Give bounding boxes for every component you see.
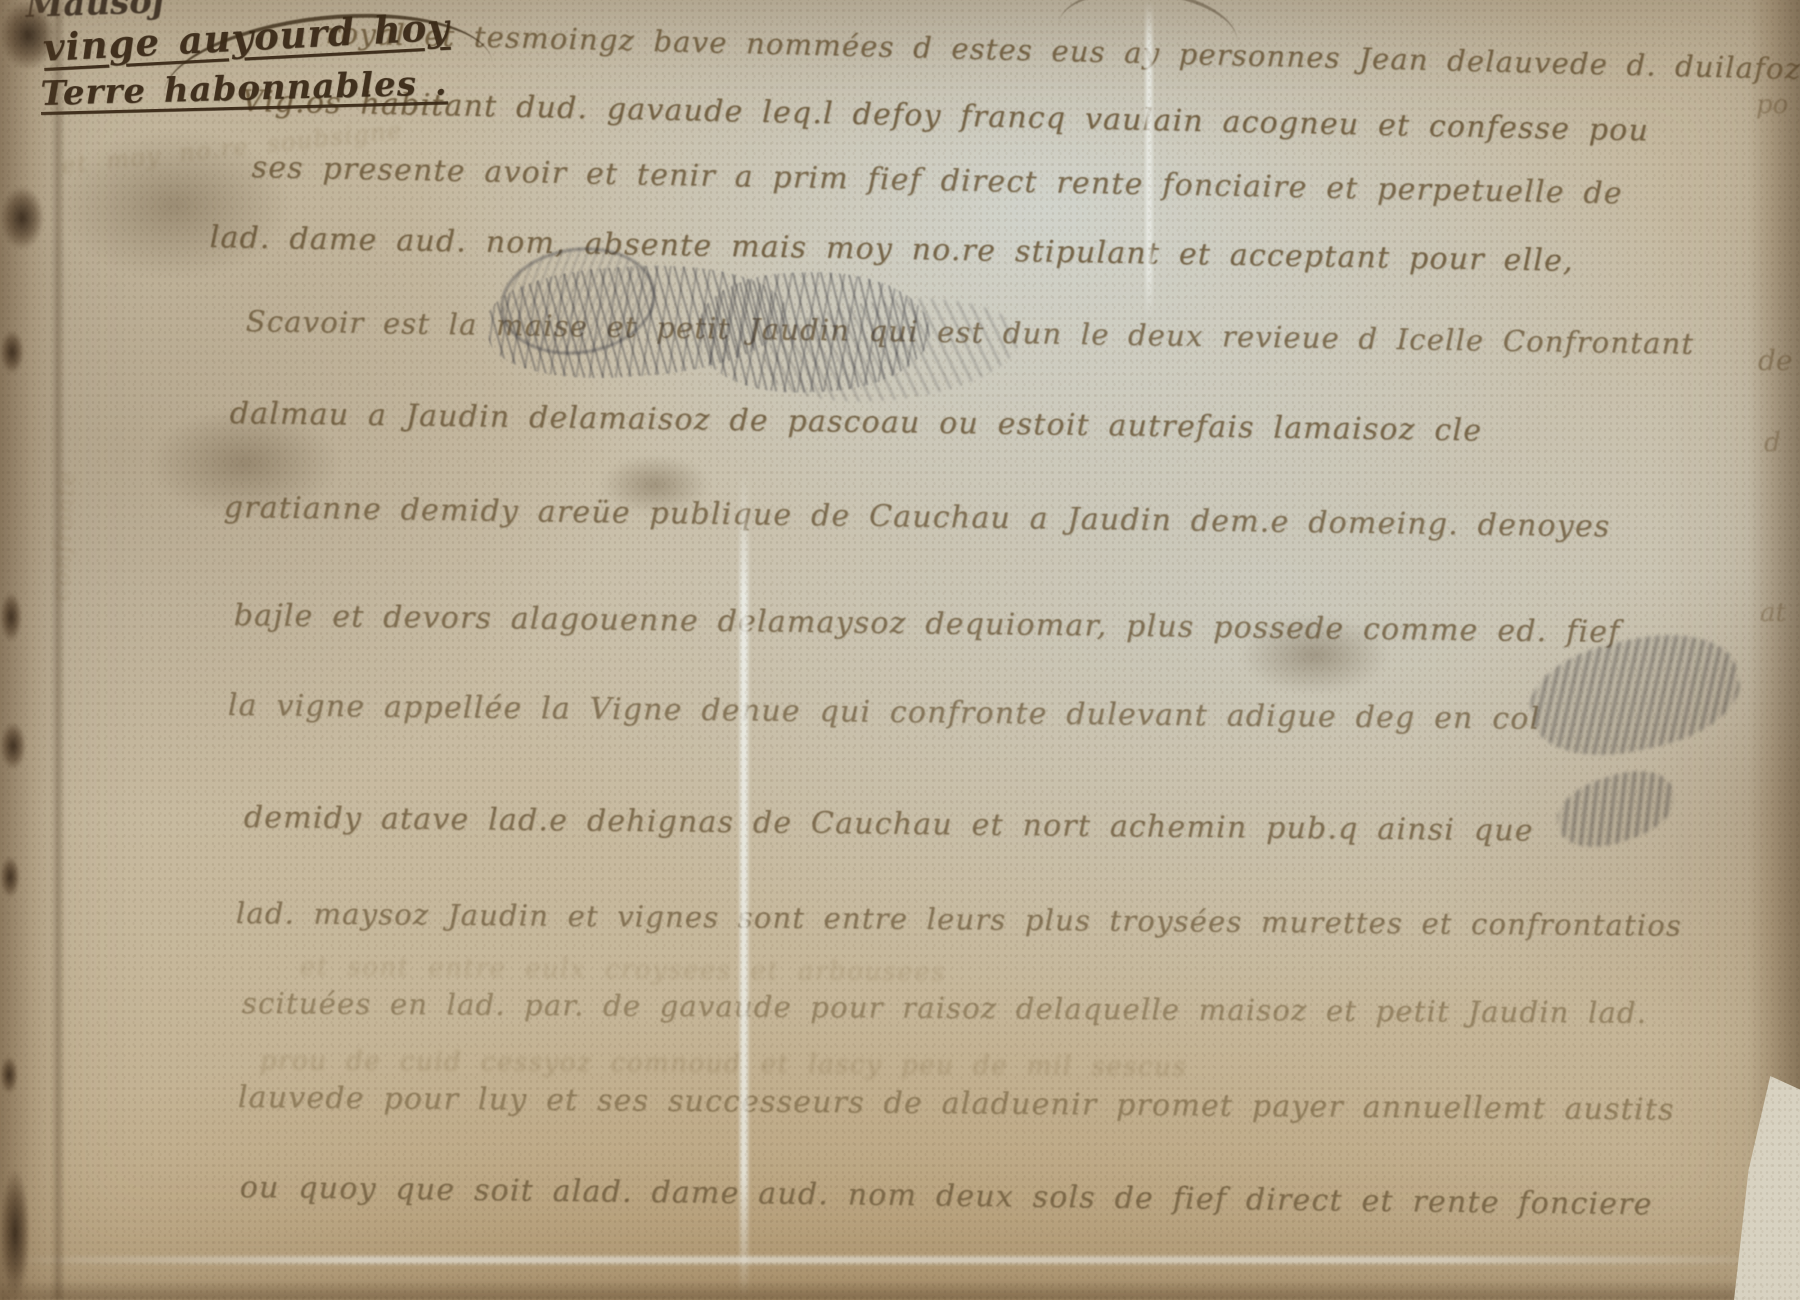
parchment-stain [1240,615,1390,695]
fold-crease [740,470,748,1300]
manuscript-photo: et moy no.re soubsigneconfronteet sont e… [0,0,1800,1300]
parchment-stain [60,130,290,280]
pen-flourish [1058,0,1242,43]
parchment-stain [600,455,710,515]
pencil-scribble-loop [493,238,662,365]
page-edge-shadow [0,1280,1800,1300]
fold-crease [0,1256,1800,1264]
fold-crease [1146,0,1152,320]
left-page-edge [0,0,58,1300]
ink-smudge [1549,759,1684,859]
ink-smudge [1521,619,1749,770]
pencil-marks-layer [0,0,1800,1300]
pencil-scribble [755,287,1024,414]
parchment-stain [150,408,340,518]
pen-flourish [158,0,493,97]
pencil-scribble [485,256,792,387]
pencil-scribble [698,268,932,396]
